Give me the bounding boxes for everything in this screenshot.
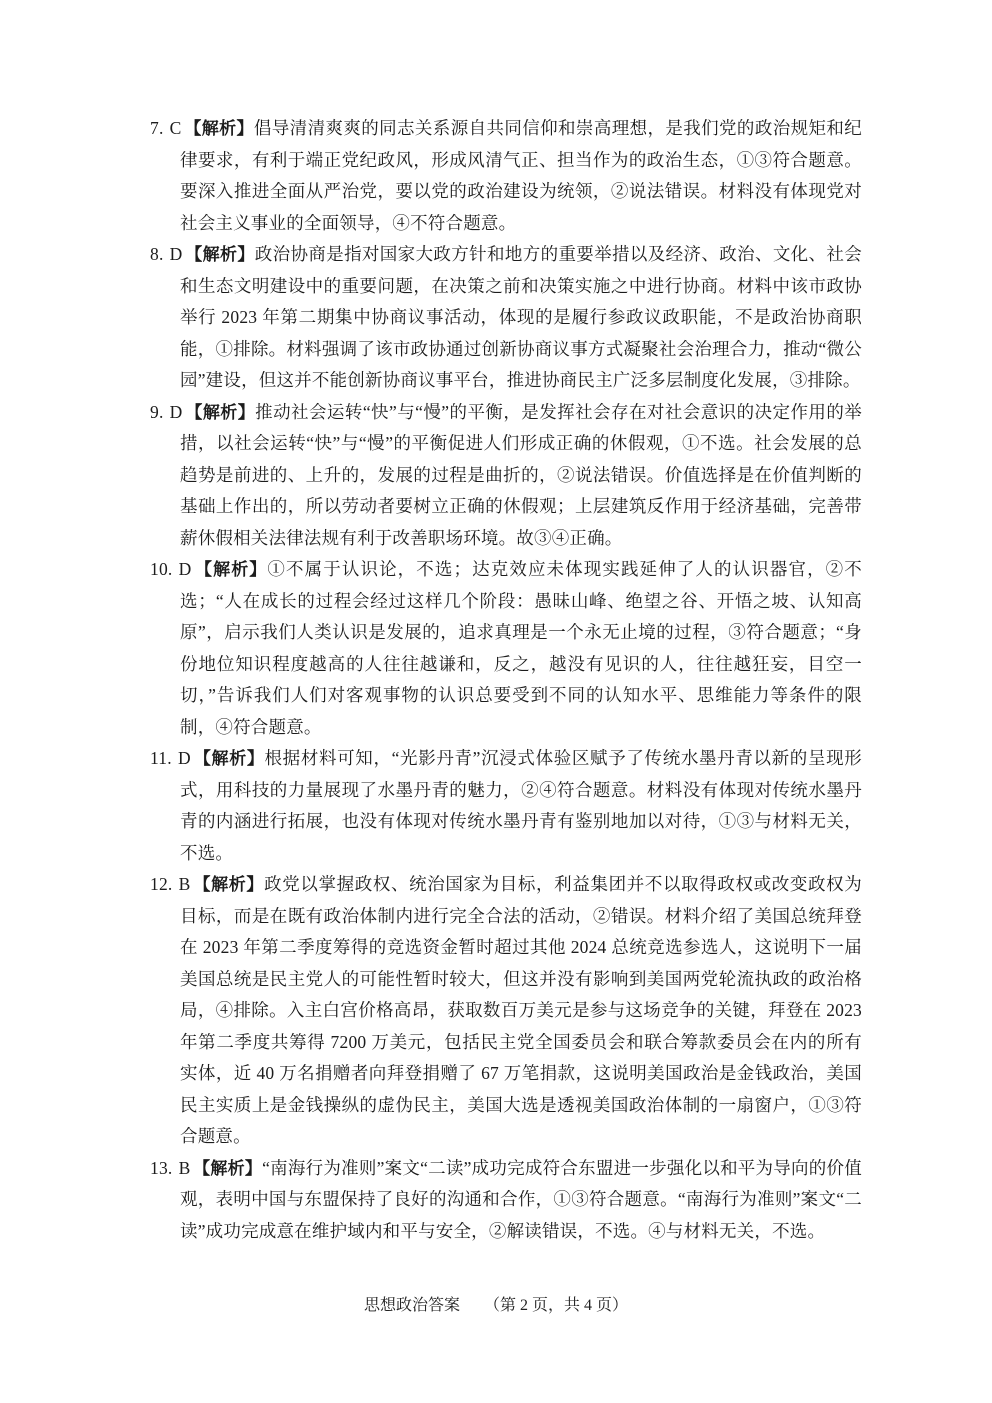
answer-item-9: 9.D【解析】推动社会运转“快”与“慢”的平衡，是发挥社会存在对社会意识的决定作… — [150, 397, 862, 555]
analysis-text: 政治协商是指对国家大政方针和地方的重要举措以及经济、政治、文化、社会和生态文明建… — [180, 244, 862, 390]
analysis-text: “南海行为准则”案文“二读”成功完成符合东盟进一步强化以和平为导向的价值观，表明… — [180, 1158, 862, 1241]
answer-letter: B — [179, 1158, 191, 1178]
footer-page-number: （第 2 页，共 4 页） — [484, 1297, 628, 1314]
answer-letter: D — [179, 559, 192, 579]
analysis-label: 【解析】 — [193, 875, 264, 894]
analysis-label: 【解析】 — [185, 245, 255, 264]
answer-letter: B — [179, 874, 191, 894]
footer-subject-title: 思想政治答案 — [364, 1297, 460, 1314]
answer-letter: D — [170, 402, 183, 422]
analysis-text: 推动社会运转“快”与“慢”的平衡，是发挥社会存在对社会意识的决定作用的举措，以社… — [180, 402, 862, 548]
question-number: 11. — [150, 748, 172, 768]
analysis-label: 【解析】 — [185, 403, 255, 422]
answer-letter: D — [170, 244, 183, 264]
analysis-text: 政党以掌握政权、统治国家为目标，利益集团并不以取得政权或改变政权为目标，而是在既… — [180, 874, 862, 1146]
page-footer: 思想政治答案（第 2 页，共 4 页） — [0, 1295, 992, 1317]
answer-list: 7.C【解析】倡导清清爽爽的同志关系源自共同信仰和崇高理想，是我们党的政治规矩和… — [150, 113, 862, 1247]
question-number: 13. — [150, 1158, 172, 1178]
answer-item-13: 13.B【解析】“南海行为准则”案文“二读”成功完成符合东盟进一步强化以和平为导… — [150, 1153, 862, 1248]
question-number: 8. — [150, 244, 164, 264]
question-number: 7. — [150, 118, 164, 138]
answer-item-12: 12.B【解析】政党以掌握政权、统治国家为目标，利益集团并不以取得政权或改变政权… — [150, 869, 862, 1153]
answer-item-11: 11.D【解析】根据材料可知，“光影丹青”沉浸式体验区赋予了传统水墨丹青以新的呈… — [150, 743, 862, 869]
answer-letter: D — [178, 748, 191, 768]
answer-item-7: 7.C【解析】倡导清清爽爽的同志关系源自共同信仰和崇高理想，是我们党的政治规矩和… — [150, 113, 862, 239]
question-number: 10. — [150, 559, 172, 579]
question-number: 9. — [150, 402, 164, 422]
document-page: 7.C【解析】倡导清清爽爽的同志关系源自共同信仰和崇高理想，是我们党的政治规矩和… — [0, 0, 992, 1403]
analysis-label: 【解析】 — [194, 560, 267, 579]
answer-letter: C — [170, 118, 182, 138]
analysis-text: 倡导清清爽爽的同志关系源自共同信仰和崇高理想，是我们党的政治规矩和纪律要求，有利… — [180, 118, 862, 233]
analysis-label: 【解析】 — [193, 1159, 262, 1178]
analysis-label: 【解析】 — [184, 119, 254, 138]
question-number: 12. — [150, 874, 172, 894]
analysis-text: ①不属于认识论，不选；达克效应未体现实践延伸了人的认识器官，②不选；“人在成长的… — [180, 559, 862, 737]
analysis-text: 根据材料可知，“光影丹青”沉浸式体验区赋予了传统水墨丹青以新的呈现形式，用科技的… — [180, 748, 862, 863]
analysis-label: 【解析】 — [193, 749, 264, 768]
answer-item-8: 8.D【解析】政治协商是指对国家大政方针和地方的重要举措以及经济、政治、文化、社… — [150, 239, 862, 397]
answer-item-10: 10.D【解析】①不属于认识论，不选；达克效应未体现实践延伸了人的认识器官，②不… — [150, 554, 862, 743]
